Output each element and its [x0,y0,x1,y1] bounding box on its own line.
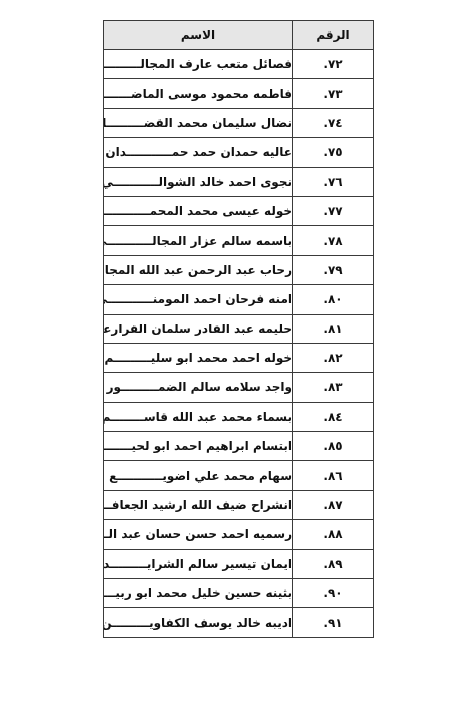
row-number: ٨٧. [293,490,374,519]
row-name: فاطمه محمود موسى الماضـــــــــــي [104,79,293,108]
table-row: ٨١.حليمه عبد القادر سلمان القرارعــــــه [104,314,374,343]
name-text: اديبه خالد يوسف الكفاويـــــــــن [104,616,293,630]
row-number: ٨١. [293,314,374,343]
row-name: عاليه حمدان حمد حمـــــــــــدان [104,138,293,167]
row-number: ٧٢. [293,50,374,79]
row-name: امنه فرحان احمد المومنـــــــــــي [104,285,293,314]
name-text: عاليه حمدان حمد حمـــــــــــدان [105,145,292,159]
table-row: ٨٣.واجد سلامه سالم الضمـــــــــور [104,373,374,402]
table-row: ٩١.اديبه خالد يوسف الكفاويـــــــــن [104,608,374,637]
name-text: حليمه عبد القادر سلمان القرارعــــــه [104,322,293,336]
name-text: رسميه احمد حسن حسان عبد الـــرازق [104,527,293,541]
table-row: ٧٣.فاطمه محمود موسى الماضـــــــــــي [104,79,374,108]
name-text: ابتسام ابراهيم احمد ابو لحيــــــــه [104,439,293,453]
row-number: ٨٦. [293,461,374,490]
table-row: ٨٤.بسماء محمد عبد الله قاســــــــم [104,402,374,431]
table-row: ٧٦.نجوى احمد خالد الشوالـــــــــــي [104,167,374,196]
name-text: رحاب عبد الرحمن عبد الله المجالـــــي [104,263,293,277]
row-name: خوله احمد محمد ابو سليـــــــــم [104,343,293,372]
table-row: ٨٢.خوله احمد محمد ابو سليـــــــــم [104,343,374,372]
name-text: فاطمه محمود موسى الماضـــــــــــي [104,87,293,101]
table-row: ٧٤.نضال سليمان محمد القضـــــــــاه [104,108,374,137]
table-row: ٧٥.عاليه حمدان حمد حمـــــــــــدان [104,138,374,167]
table-row: ٧٩.رحاب عبد الرحمن عبد الله المجالـــــي [104,255,374,284]
row-name: رسميه احمد حسن حسان عبد الـــرازق [104,520,293,549]
row-number: ٨٩. [293,549,374,578]
table-row: ٨٦.سهام محمد علي اضويـــــــــــع [104,461,374,490]
row-name: اديبه خالد يوسف الكفاويـــــــــن [104,608,293,637]
table-row: ٧٢.فصائل متعب عارف المجالـــــــــــــي [104,50,374,79]
row-name: بثينه حسين خليل محمد ابو ربيـــــع [104,579,293,608]
table-body: ٧٢.فصائل متعب عارف المجالـــــــــــــي … [104,50,374,638]
row-number: ٧٧. [293,196,374,225]
row-name: انشراح ضيف الله ارشيد الجعافــــره [104,490,293,519]
table-row: ٩٠.بثينه حسين خليل محمد ابو ربيـــــع [104,579,374,608]
table-row: ٧٧.خوله عيسى محمد المحمـــــــــــد [104,196,374,225]
name-text: انشراح ضيف الله ارشيد الجعافــــره [104,498,293,512]
row-name: نضال سليمان محمد القضـــــــــاه [104,108,293,137]
name-text: خوله عيسى محمد المحمـــــــــــد [104,204,293,218]
table-row: ٨٥.ابتسام ابراهيم احمد ابو لحيــــــــه [104,432,374,461]
row-name: حليمه عبد القادر سلمان القرارعــــــه [104,314,293,343]
name-text: واجد سلامه سالم الضمـــــــــور [107,380,292,394]
name-text: نجوى احمد خالد الشوالـــــــــــي [104,175,293,189]
row-name: رحاب عبد الرحمن عبد الله المجالـــــي [104,255,293,284]
name-text: بثينه حسين خليل محمد ابو ربيـــــع [104,586,293,600]
table-header: الرقم الاسم [104,21,374,50]
row-name: ابتسام ابراهيم احمد ابو لحيــــــــه [104,432,293,461]
row-name: واجد سلامه سالم الضمـــــــــور [104,373,293,402]
table-row: ٨٧.انشراح ضيف الله ارشيد الجعافــــره [104,490,374,519]
document-page: الرقم الاسم ٧٢.فصائل متعب عارف المجالـــ… [0,0,471,708]
table-row: ٨٠.امنه فرحان احمد المومنـــــــــــي [104,285,374,314]
row-name: باسمه سالم عزار المجالـــــــــــي [104,226,293,255]
table-row: ٧٨.باسمه سالم عزار المجالـــــــــــي [104,226,374,255]
row-name: سهام محمد علي اضويـــــــــــع [104,461,293,490]
row-number: ٧٤. [293,108,374,137]
row-name: نجوى احمد خالد الشوالـــــــــــي [104,167,293,196]
row-number: ٩١. [293,608,374,637]
name-text: نضال سليمان محمد القضـــــــــاه [104,116,293,130]
row-number: ٨٥. [293,432,374,461]
row-name: فصائل متعب عارف المجالـــــــــــــي [104,50,293,79]
name-text: سهام محمد علي اضويـــــــــــع [109,469,292,483]
table-row: ٨٨.رسميه احمد حسن حسان عبد الـــرازق [104,520,374,549]
row-name: بسماء محمد عبد الله قاســــــــم [104,402,293,431]
row-number: ٨٠. [293,285,374,314]
header-number: الرقم [293,21,374,50]
row-number: ٧٦. [293,167,374,196]
name-text: امنه فرحان احمد المومنـــــــــــي [104,292,293,306]
row-number: ٧٥. [293,138,374,167]
names-table: الرقم الاسم ٧٢.فصائل متعب عارف المجالـــ… [103,20,374,638]
name-text: باسمه سالم عزار المجالـــــــــــي [104,234,293,248]
row-number: ٨٨. [293,520,374,549]
row-name: خوله عيسى محمد المحمـــــــــــد [104,196,293,225]
table-row: ٨٩.ايمان تيسير سالم الشرايـــــــــده [104,549,374,578]
row-number: ٨٢. [293,343,374,372]
name-text: خوله احمد محمد ابو سليـــــــــم [104,351,292,365]
header-row: الرقم الاسم [104,21,374,50]
row-number: ٨٣. [293,373,374,402]
name-text: فصائل متعب عارف المجالـــــــــــــي [104,57,293,71]
row-number: ٨٤. [293,402,374,431]
name-text: ايمان تيسير سالم الشرايـــــــــده [104,557,293,571]
row-number: ٧٣. [293,79,374,108]
row-number: ٧٩. [293,255,374,284]
row-number: ٩٠. [293,579,374,608]
row-number: ٧٨. [293,226,374,255]
row-name: ايمان تيسير سالم الشرايـــــــــده [104,549,293,578]
name-text: بسماء محمد عبد الله قاســــــــم [104,410,293,424]
header-name: الاسم [104,21,293,50]
